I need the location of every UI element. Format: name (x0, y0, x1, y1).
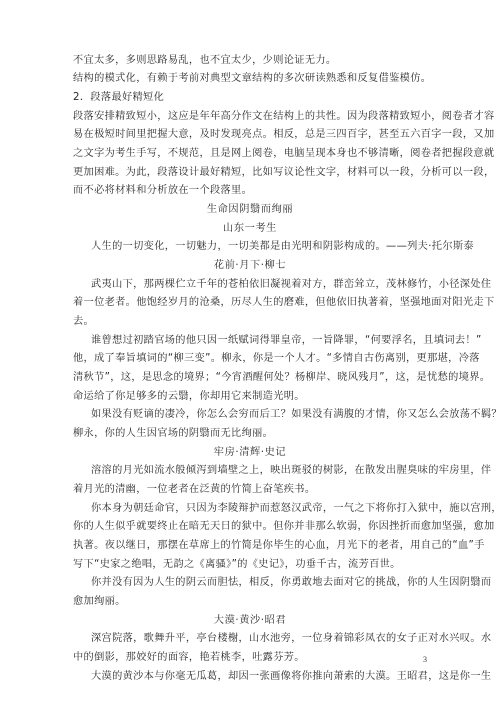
text-line-body: 清秋节”，这，是思念的境界；“今宵酒醒何处？杨柳岸、晓风残月”，这，是忧愁的境界… (73, 371, 433, 384)
document-page: 不宜太多，多则思路易乱，也不宜太少，少则论证无力。结构的模式化，有赖于考前对典型… (0, 0, 500, 707)
text-line-para-start: 武夷山下，那两棵伫立千年的苍柏依旧凝视着对方，群峦耸立，茂林修竹，小径深处住 (91, 278, 451, 291)
text-line-subtitle: 花前·月下·柳七 (0, 259, 500, 272)
text-line-body: 柳永，你的人生因官场的阴翳而无比绚丽。 (73, 427, 433, 440)
text-line-body: 之文字为考生手写，不规范，且是网上阅卷，电脑呈现本身也不够清晰，阅卷者把握段意就 (73, 147, 433, 160)
text-line-body: 不宜太多，多则思路易乱，也不宜太少，少则论证无力。 (73, 54, 433, 67)
text-line-para-start: 你本身为朝廷命官，只因为李陵辩护而惹怒汉武帝，一气之下将你打入狱中，施以宫刑， (91, 502, 451, 515)
text-line-subtitle: 牢房·清辉·史记 (0, 446, 500, 459)
text-line-body: 结构的模式化，有赖于考前对典型文章结构的多次研读熟悉和反复借鉴模仿。 (73, 72, 433, 85)
text-line-title: 生命因阴翳而绚丽 (0, 203, 500, 216)
text-line-body: 他，成了奉旨填词的“柳三变”。柳永，你是一个人才。“多情自古伤离别，更那堪，冷落 (73, 352, 433, 365)
text-line-para-start: 深宫院落，歌舞升平，亭台楼榭，山水池旁，一位身着锦彩凤衣的女子正对水兴叹。水 (91, 632, 451, 645)
text-line-heading: 2．段落最好精短化 (73, 91, 433, 104)
text-line-body: 着一位老者。他饱经岁月的沧桑，历尽人生的磨难，但他依旧执著着，坚强地面对阳光走下 (73, 296, 433, 309)
text-line-body: 命运给了你足够多的云翳，你却用它来制造光明。 (73, 390, 433, 403)
text-line-body: 愈加绚丽。 (73, 595, 433, 608)
text-line-body: 更加困难。为此，段落设计最好精短，比如写议论性文字，材料可以一段，分析可以一段， (73, 166, 433, 179)
text-line-subtitle: 大漠·黄沙·昭君 (0, 614, 500, 627)
text-line-body: 执著。夜以继日，那摆在草席上的竹简是你毕生的心血，月光下的老者，用自己的“血”手 (73, 539, 433, 552)
text-line-body: 中的倒影，那姣好的面容，艳若桃李，吐露芬芳。 (73, 651, 433, 664)
text-line-para-start: 你并没有因为人生的阴云而胆怯，相反，你勇敢地去面对它的挑战，你的人生因阴翳而 (91, 576, 451, 589)
text-line-body: 段落安排精致短小，这应是年年高分作文在结构上的共性。因为段落精致短小，阅卷者才容 (73, 110, 433, 123)
page-number: 3 (423, 655, 427, 664)
text-line-body: 着月光的清幽，一位老者在泛黄的竹简上奋笔疾书。 (73, 483, 433, 496)
text-line-body: 写下“史家之绝唱，无韵之《离骚》”的《史记》，功垂千古，流芳百世。 (73, 558, 433, 571)
text-line-body: 而不必将材料和分析放在一个段落里。 (73, 184, 433, 197)
text-line-para-start: 如果没有贬谪的凄冷，你怎么会穷而后工？如果没有满腹的才情，你又怎么会放荡不羁？ (91, 408, 451, 421)
text-line-body: 易在极短时间里把握大意，及时发现亮点。相反，总是三四百字，甚至五六百字一段，又加 (73, 128, 433, 141)
text-line-body: 你的人生似乎就要终止在暗无天日的狱中。但你并非那么软弱，你因挫折而愈加坚强，愈加 (73, 520, 433, 533)
text-line-body: 去。 (73, 315, 433, 328)
text-line-author: 山东一考生 (0, 222, 500, 235)
text-line-para-start: 谁曾想过初踏官场的他只因一纸赋词得罪皇帝，一旨降罪，“何要浮名，且填词去！” (91, 334, 451, 347)
text-line-para-start: 大漠的黄沙本与你毫无瓜葛，却因一张画像将你推向萧索的大漠。王昭君，这是你一生 (91, 670, 451, 683)
text-line-quote: 人生的一切变化，一切魅力，一切美都是由光明和阴影构成的。——列夫·托尔斯泰 (91, 240, 451, 253)
text-line-para-start: 溶溶的月光如流水般倾泻到墙壁之上，映出斑驳的树影，在散发出腥臭味的牢房里，伴 (91, 464, 451, 477)
